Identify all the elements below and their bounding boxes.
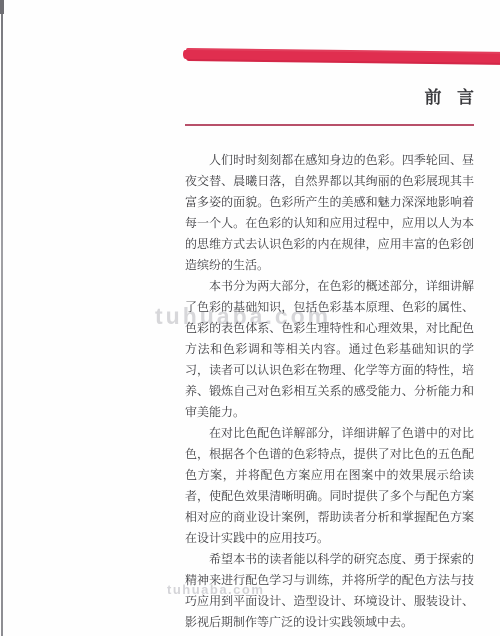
scan-edge-line <box>1 0 3 636</box>
paragraph-4: 希望本书的读者能以科学的研究态度、勇于探索的精神来进行配色学习与训练，并将所学的… <box>185 549 474 633</box>
paragraph-2: 本书分为两大部分，在色彩的概述部分，详细讲解了色彩的基础知识，包括色彩基本原理、… <box>185 276 474 423</box>
page-title: 前 言 <box>425 83 476 108</box>
paragraph-1: 人们时时刻刻都在感知身边的色彩。四季轮回、昼夜交替、晨曦日落，自然界都以其绚丽的… <box>185 150 474 276</box>
red-accent-bar <box>186 48 500 65</box>
preface-body: 人们时时刻刻都在感知身边的色彩。四季轮回、昼夜交替、晨曦日落，自然界都以其绚丽的… <box>185 150 474 633</box>
scan-edge-corner-mark <box>0 0 4 14</box>
book-page: 前 言 tuhuaba.com 人们时时刻刻都在感知身边的色彩。四季轮回、昼夜交… <box>0 0 500 636</box>
title-divider-line <box>185 124 474 126</box>
paragraph-3: 在对比色配色详解部分，详细讲解了色谱中的对比色，根据各个色谱的色彩特点，提供了对… <box>185 423 474 549</box>
